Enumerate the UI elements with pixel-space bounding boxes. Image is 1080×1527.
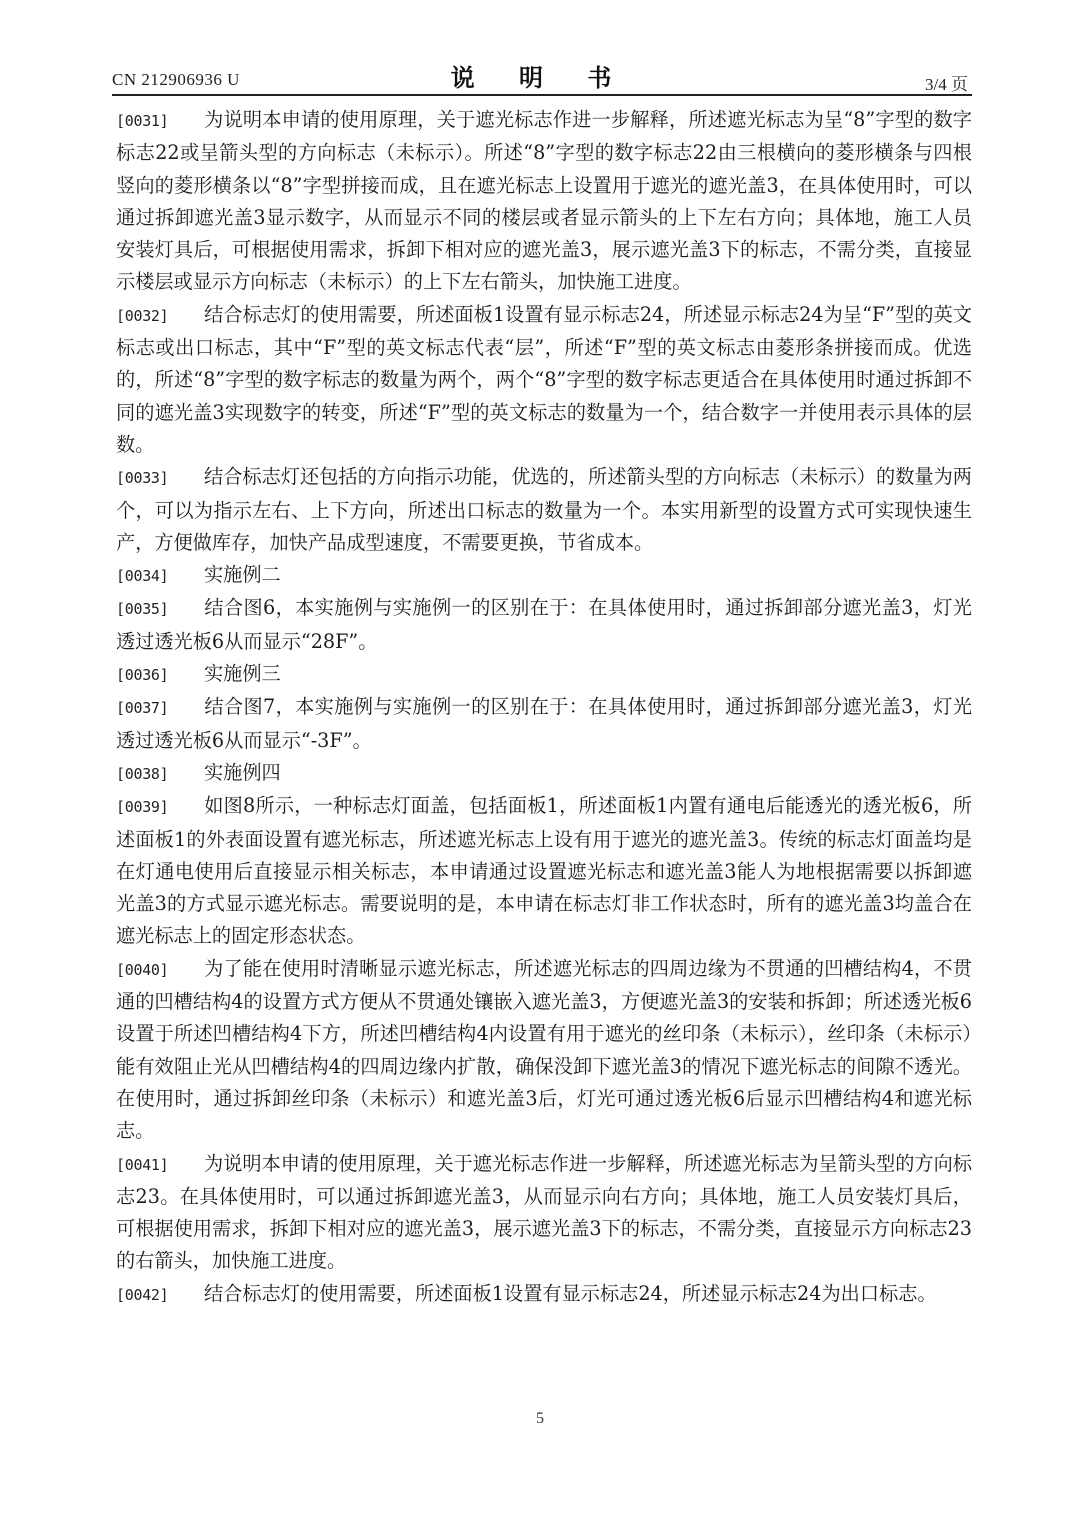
paragraph-text: 为说明本申请的使用原理，关于遮光标志作进一步解释，所述遮光标志为呈箭头型的方向标… (116, 1152, 972, 1273)
paragraph-number: [0042] (116, 1279, 204, 1311)
paragraph-text: 结合标志灯还包括的方向指示功能，优选的，所述箭头型的方向标志（未标示）的数量为两… (116, 465, 972, 554)
paragraph-0034: [0034]实施例二 (116, 559, 972, 592)
paragraph-0033: [0033]结合标志灯还包括的方向指示功能，优选的，所述箭头型的方向标志（未标示… (116, 461, 972, 559)
paragraph-number: [0036] (116, 659, 204, 691)
page-number: 5 (0, 1410, 1080, 1428)
section-heading: 实施例三 (204, 662, 281, 685)
page-header: CN 212906936 U 说 明 书 3/4 页 (112, 58, 968, 94)
paragraph-number: [0033] (116, 462, 204, 494)
document-body: [0031]为说明本申请的使用原理，关于遮光标志作进一步解释，所述遮光标志为呈“… (116, 104, 972, 1311)
paragraph-0039: [0039]如图8所示，一种标志灯面盖，包括面板1，所述面板1内置有通电后能透光… (116, 790, 972, 952)
paragraph-0041: [0041]为说明本申请的使用原理，关于遮光标志作进一步解释，所述遮光标志为呈箭… (116, 1148, 972, 1278)
paragraph-0038: [0038]实施例四 (116, 757, 972, 790)
paragraph-text: 为了能在使用时清晰显示遮光标志，所述遮光标志的四周边缘为不贯通的凹槽结构4，不贯… (116, 957, 972, 1142)
paragraph-number: [0038] (116, 758, 204, 790)
paragraph-number: [0039] (116, 791, 204, 823)
section-heading: 实施例二 (204, 563, 281, 586)
paragraph-number: [0031] (116, 105, 204, 137)
paragraph-number: [0032] (116, 300, 204, 332)
paragraph-text: 如图8所示，一种标志灯面盖，包括面板1，所述面板1内置有通电后能透光的透光板6，… (116, 794, 972, 947)
paragraph-0036: [0036]实施例三 (116, 658, 972, 691)
paragraph-number: [0040] (116, 954, 204, 986)
paragraph-0032: [0032]结合标志灯的使用需要，所述面板1设置有显示标志24，所述显示标志24… (116, 299, 972, 461)
paragraph-0042: [0042]结合标志灯的使用需要，所述面板1设置有显示标志24，所述显示标志24… (116, 1278, 972, 1311)
paragraph-number: [0037] (116, 692, 204, 724)
paragraph-number: [0041] (116, 1149, 204, 1181)
paragraph-text: 结合标志灯的使用需要，所述面板1设置有显示标志24，所述显示标志24为出口标志。 (204, 1282, 937, 1305)
paragraph-text: 结合图7，本实施例与实施例一的区别在于：在具体使用时，通过拆卸部分遮光盖3，灯光… (116, 695, 972, 751)
paragraph-number: [0035] (116, 593, 204, 625)
paragraph-number: [0034] (116, 560, 204, 592)
header-rule (112, 94, 972, 96)
document-title: 说 明 书 (112, 58, 968, 93)
paragraph-0031: [0031]为说明本申请的使用原理，关于遮光标志作进一步解释，所述遮光标志为呈“… (116, 104, 972, 299)
paragraph-0037: [0037]结合图7，本实施例与实施例一的区别在于：在具体使用时，通过拆卸部分遮… (116, 691, 972, 757)
section-heading: 实施例四 (204, 761, 281, 784)
paragraph-text: 结合图6，本实施例与实施例一的区别在于：在具体使用时，通过拆卸部分遮光盖3，灯光… (116, 596, 972, 652)
paragraph-text: 结合标志灯的使用需要，所述面板1设置有显示标志24，所述显示标志24为呈“F”型… (116, 303, 972, 456)
page-indicator: 3/4 页 (925, 70, 968, 95)
paragraph-0040: [0040]为了能在使用时清晰显示遮光标志，所述遮光标志的四周边缘为不贯通的凹槽… (116, 953, 972, 1148)
paragraph-0035: [0035]结合图6，本实施例与实施例一的区别在于：在具体使用时，通过拆卸部分遮… (116, 592, 972, 658)
paragraph-text: 为说明本申请的使用原理，关于遮光标志作进一步解释，所述遮光标志为呈“8”字型的数… (116, 108, 972, 293)
